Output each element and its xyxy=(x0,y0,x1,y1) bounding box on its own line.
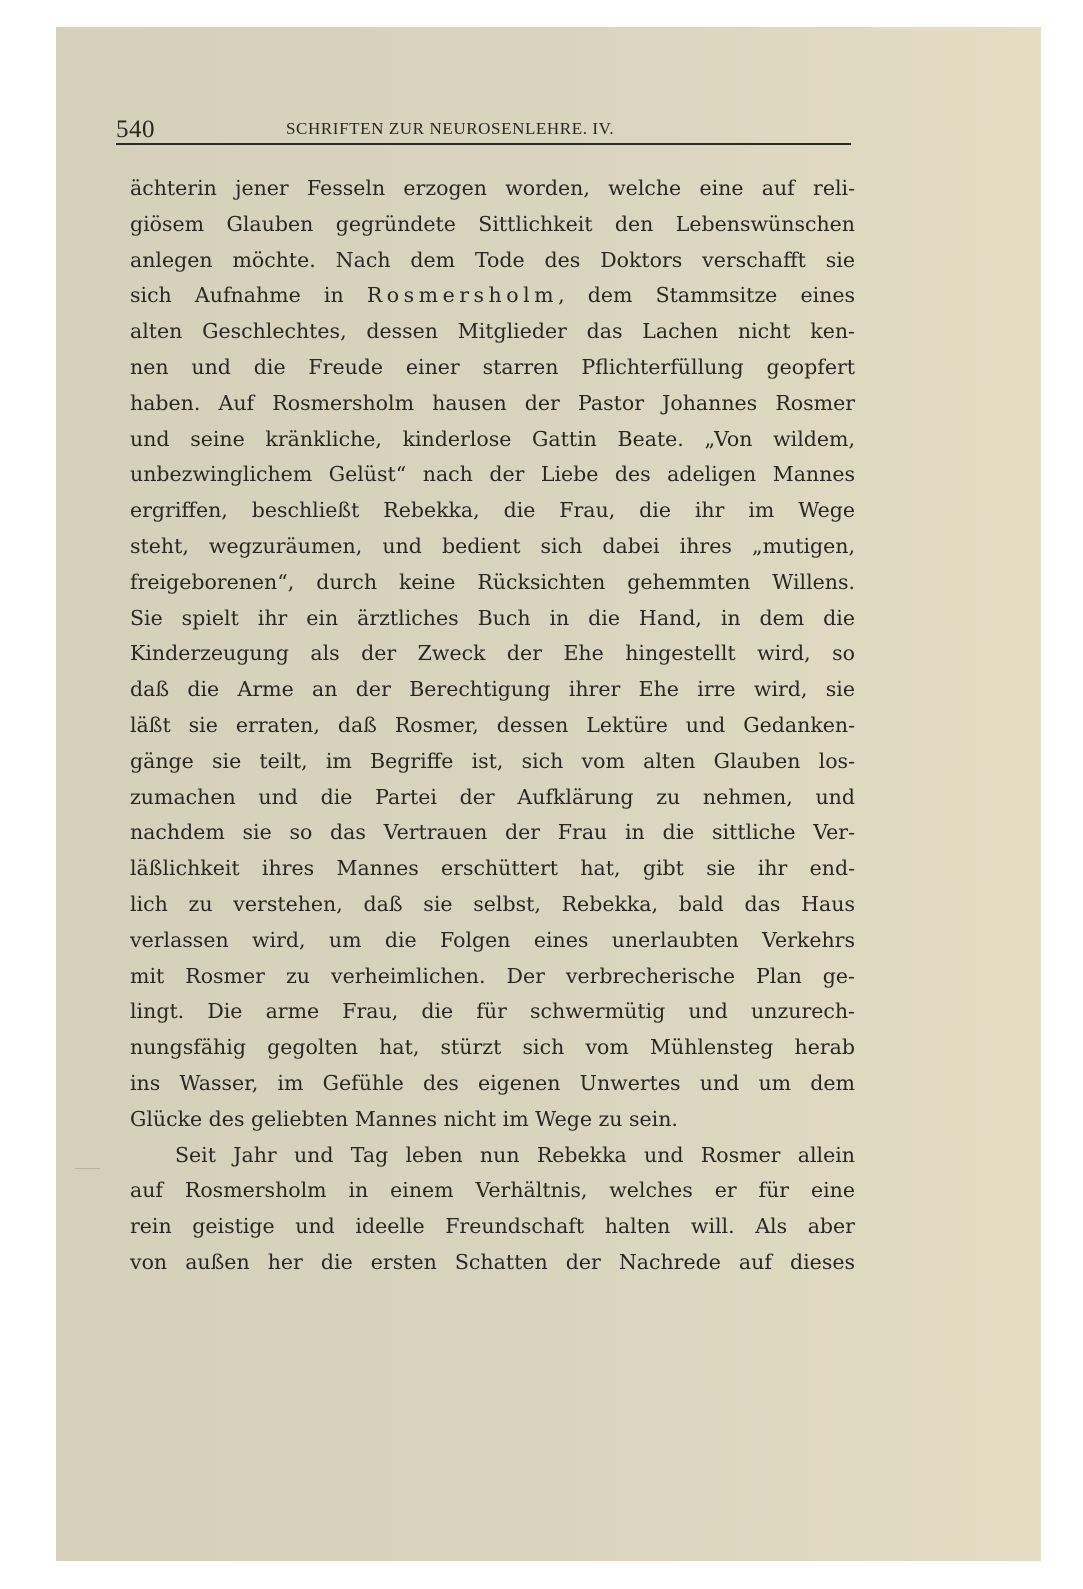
text-line: verlassen wird, um die Folgen eines uner… xyxy=(130,923,855,959)
text-fragment: , dem Stammsitze eines xyxy=(558,283,855,307)
text-line: anlegen möchte. Nach dem Tode des Doktor… xyxy=(130,243,855,279)
running-head-title: SCHRIFTEN ZUR NEUROSENLEHRE. IV. xyxy=(286,119,614,139)
text-line: und seine kränkliche, kinderlose Gattin … xyxy=(130,422,855,458)
text-line-paragraph-end: Glücke des geliebten Mannes nicht im Weg… xyxy=(130,1102,855,1138)
text-line: Sie spielt ihr ein ärztliches Buch in di… xyxy=(130,601,855,637)
spaced-emphasis: Rosmersholm xyxy=(367,283,558,307)
text-line: sich Aufnahme in Rosmersholm, dem Stamms… xyxy=(130,278,855,314)
text-line: unbezwinglichem Gelüst“ nach der Liebe d… xyxy=(130,457,855,493)
text-line: haben. Auf Rosmersholm hausen der Pastor… xyxy=(130,386,855,422)
text-line: alten Geschlechtes, dessen Mitglieder da… xyxy=(130,314,855,350)
text-line: rein geistige und ideelle Freundschaft h… xyxy=(130,1209,855,1245)
text-line: nen und die Freude einer starren Pflicht… xyxy=(130,350,855,386)
text-line: gänge sie teilt, im Begriffe ist, sich v… xyxy=(130,744,855,780)
running-head: 540 SCHRIFTEN ZUR NEUROSENLEHRE. IV. xyxy=(116,112,851,146)
header-rule xyxy=(116,143,851,145)
text-line-paragraph-start: Seit Jahr und Tag leben nun Rebekka und … xyxy=(130,1138,855,1174)
text-line: ächterin jener Fesseln erzogen worden, w… xyxy=(130,171,855,207)
text-line: mit Rosmer zu verheimlichen. Der verbrec… xyxy=(130,959,855,995)
text-line: auf Rosmersholm in einem Verhältnis, wel… xyxy=(130,1173,855,1209)
text-line: giösem Glauben gegründete Sittlichkeit d… xyxy=(130,207,855,243)
body-text: ächterin jener Fesseln erzogen worden, w… xyxy=(130,171,855,1281)
text-fragment: sich Aufnahme in xyxy=(130,283,367,307)
text-line: freigeborenen“, durch keine Rücksichten … xyxy=(130,565,855,601)
page-number: 540 xyxy=(116,116,155,144)
text-line: lingt. Die arme Frau, die für schwermüti… xyxy=(130,994,855,1030)
text-line: nungsfähig gegolten hat, stürzt sich vom… xyxy=(130,1030,855,1066)
text-line: lich zu verstehen, daß sie selbst, Rebek… xyxy=(130,887,855,923)
text-line: daß die Arme an der Berechtigung ihrer E… xyxy=(130,672,855,708)
margin-mark xyxy=(75,1168,100,1169)
text-line: läßt sie erraten, daß Rosmer, dessen Lek… xyxy=(130,708,855,744)
text-line: steht, wegzuräumen, und bedient sich dab… xyxy=(130,529,855,565)
text-line: läßlichkeit ihres Mannes erschüttert hat… xyxy=(130,851,855,887)
text-line: nachdem sie so das Vertrauen der Frau in… xyxy=(130,815,855,851)
text-line: ins Wasser, im Gefühle des eigenen Unwer… xyxy=(130,1066,855,1102)
text-line: Kinderzeugung als der Zweck der Ehe hing… xyxy=(130,636,855,672)
text-line: ergriffen, beschließt Rebekka, die Frau,… xyxy=(130,493,855,529)
text-line: zumachen und die Partei der Aufklärung z… xyxy=(130,780,855,816)
text-line: von außen her die ersten Schatten der Na… xyxy=(130,1245,855,1281)
